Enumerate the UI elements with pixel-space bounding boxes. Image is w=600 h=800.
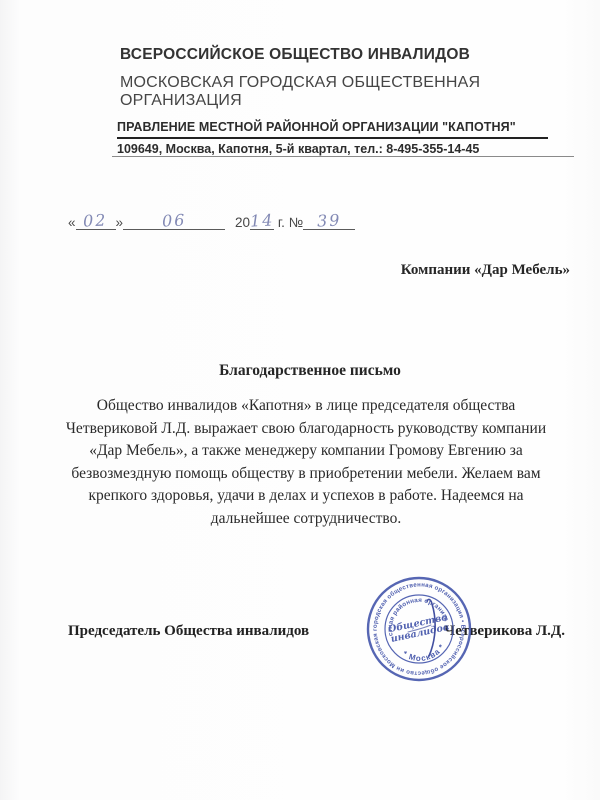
- org-name-line1: ВСЕРОССИЙСКОЕ ОБЩЕСТВО ИНВАЛИДОВ: [120, 46, 470, 64]
- letter-title: Благодарственное письмо: [55, 362, 565, 380]
- recipient-line: Компании «Дар Мебель»: [401, 262, 570, 279]
- date-number-line: «02»062014 г. №39: [68, 210, 355, 230]
- department-line: ПРАВЛЕНИЕ МЕСТНОЙ РАЙОННОЙ ОРГАНИЗАЦИИ "…: [117, 120, 548, 139]
- handwritten-number: 39: [316, 210, 341, 230]
- round-stamp: Московская городская общественная органи…: [362, 568, 478, 690]
- number-label: №: [289, 215, 303, 230]
- number-field: 39: [303, 210, 355, 230]
- letterhead-department-block: ПРАВЛЕНИЕ МЕСТНОЙ РАЙОННОЙ ОРГАНИЗАЦИИ "…: [117, 120, 548, 158]
- month-field: 06: [123, 210, 225, 230]
- stamp-text-group: Московская городская общественная органи…: [362, 568, 475, 688]
- year-label: г.: [278, 215, 285, 230]
- open-quote: «: [68, 215, 76, 230]
- handwritten-day: 02: [83, 210, 108, 230]
- scanned-letter-page: ВСЕРОССИЙСКОЕ ОБЩЕСТВО ИНВАЛИДОВ МОСКОВС…: [0, 0, 600, 800]
- handwritten-year: 14: [250, 210, 275, 230]
- close-quote: »: [116, 215, 124, 230]
- letterhead-bottom-rule: [112, 156, 574, 157]
- day-field: 02: [76, 210, 116, 230]
- signer-position: Председатель Общества инвалидов: [68, 623, 309, 640]
- year-field: 14: [250, 210, 274, 230]
- letter-body: Общество инвалидов «Капотня» в лице пред…: [52, 395, 560, 530]
- handwritten-month: 06: [161, 210, 186, 230]
- org-name-line2: МОСКОВСКАЯ ГОРОДСКАЯ ОБЩЕСТВЕННАЯ ОРГАНИ…: [120, 74, 600, 110]
- year-prefix: 20: [235, 215, 250, 230]
